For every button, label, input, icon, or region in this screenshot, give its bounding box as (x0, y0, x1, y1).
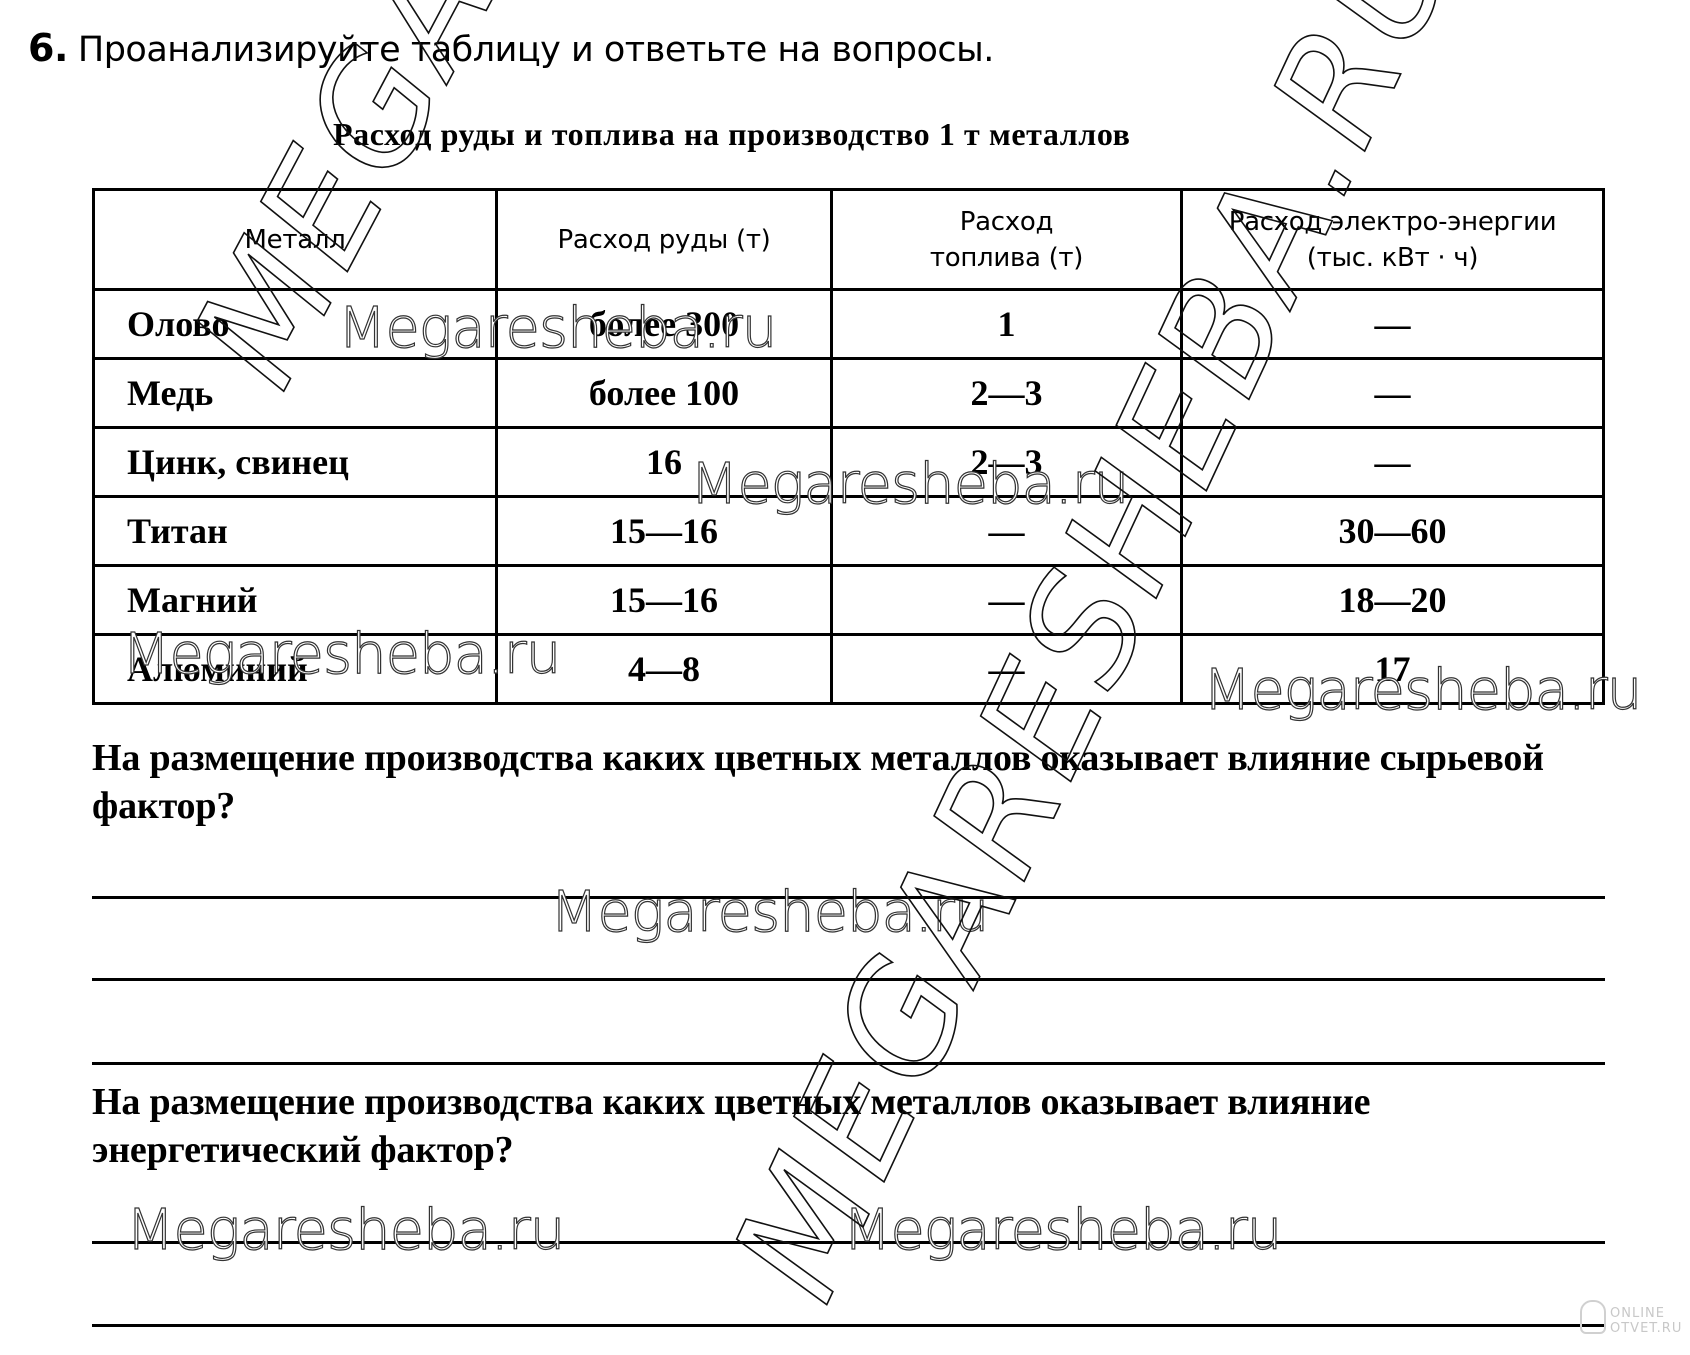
question-raw-material: На размещение производства каких цветных… (92, 734, 1612, 830)
cell-metal: Титан (94, 497, 497, 566)
cell-fuel: 1 (832, 290, 1182, 359)
cell-ore: 4—8 (497, 635, 832, 704)
question-energy: На размещение производства каких цветных… (92, 1078, 1612, 1174)
table-title: Расход руды и топлива на производство 1 … (333, 116, 1131, 153)
table-header-row: Металл Расход руды (т) Расход топлива (т… (94, 190, 1604, 290)
header-fuel: Расход топлива (т) (832, 190, 1182, 290)
cell-ore: более 100 (497, 359, 832, 428)
answer-line[interactable] (92, 1241, 1605, 1244)
answer-line[interactable] (92, 1062, 1605, 1065)
header-fuel-text: Расход топлива (т) (922, 204, 1092, 276)
cell-ore: 15—16 (497, 497, 832, 566)
header-ore: Расход руды (т) (497, 190, 832, 290)
header-electricity-text: Расход электро-энергии (тыс. кВт · ч) (1228, 204, 1558, 276)
cell-metal: Магний (94, 566, 497, 635)
cell-electricity: 18—20 (1182, 566, 1604, 635)
logo-line-1: ONLINE (1610, 1306, 1682, 1321)
logo-line-2: OTVET.RU (1610, 1321, 1682, 1336)
lightbulb-icon (1580, 1300, 1606, 1334)
cell-ore: 16 (497, 428, 832, 497)
task-number: 6. (28, 26, 68, 70)
cell-fuel: 2—3 (832, 359, 1182, 428)
cell-electricity: — (1182, 290, 1604, 359)
task-instruction: Проанализируйте таблицу и ответьте на во… (78, 30, 994, 70)
cell-ore: 15—16 (497, 566, 832, 635)
header-metal: Металл (94, 190, 497, 290)
answer-line[interactable] (92, 978, 1605, 981)
logo-text: ONLINE OTVET.RU (1610, 1306, 1682, 1336)
table-row: Цинк, свинец162—3— (94, 428, 1604, 497)
table-row: Медьболее 1002—3— (94, 359, 1604, 428)
cell-ore: более 300 (497, 290, 832, 359)
metals-table: Металл Расход руды (т) Расход топлива (т… (92, 188, 1605, 705)
table-row: Оловоболее 3001— (94, 290, 1604, 359)
answer-line[interactable] (92, 1324, 1605, 1327)
answer-line[interactable] (92, 896, 1605, 899)
cell-metal: Олово (94, 290, 497, 359)
cell-fuel: — (832, 497, 1182, 566)
cell-fuel: — (832, 566, 1182, 635)
cell-fuel: — (832, 635, 1182, 704)
cell-fuel: 2—3 (832, 428, 1182, 497)
table-row: Титан15—16—30—60 (94, 497, 1604, 566)
watermark-text: Megaresheba.ru (843, 1198, 1281, 1263)
task-heading: 6.Проанализируйте таблицу и ответьте на … (28, 26, 994, 70)
cell-electricity: 30—60 (1182, 497, 1604, 566)
cell-metal: Медь (94, 359, 497, 428)
watermark-text: Megaresheba.ru (126, 1198, 564, 1263)
cell-electricity: — (1182, 428, 1604, 497)
table-row: Магний15—16—18—20 (94, 566, 1604, 635)
cell-metal: Алюминий (94, 635, 497, 704)
cell-metal: Цинк, свинец (94, 428, 497, 497)
online-otvet-logo: ONLINE OTVET.RU (1580, 1300, 1690, 1355)
watermark-text: Megaresheba.ru (550, 880, 988, 945)
cell-electricity: 17 (1182, 635, 1604, 704)
table-row: Алюминий4—8—17 (94, 635, 1604, 704)
header-electricity: Расход электро-энергии (тыс. кВт · ч) (1182, 190, 1604, 290)
cell-electricity: — (1182, 359, 1604, 428)
